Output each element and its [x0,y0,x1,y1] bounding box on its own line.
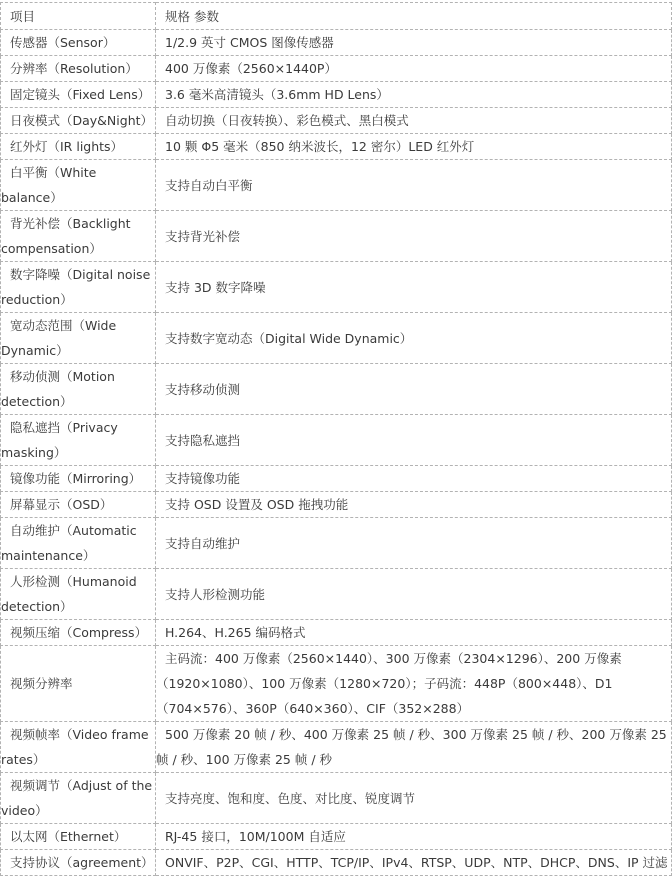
table-row: 分辨率（Resolution） 400 万像素（2560×1440P） [1,56,672,82]
spec-cell: 支持背光补偿 [156,211,672,262]
spec-cell: 支持移动侦测 [156,364,672,415]
table-row: 支持协议（agreement） ONVIF、P2P、CGI、HTTP、TCP/I… [1,850,672,876]
table-row: 人形检测（Humanoid detection） 支持人形检测功能 [1,569,672,620]
table-row: 数字降噪（Digital noise reduction） 支持 3D 数字降噪 [1,262,672,313]
item-cell: 传感器（Sensor） [1,30,156,56]
item-cell: 红外灯（IR lights） [1,134,156,160]
item-cell: 屏幕显示（OSD） [1,492,156,518]
item-cell: 以太网（Ethernet） [1,824,156,850]
item-cell: 镜像功能（Mirroring） [1,466,156,492]
spec-cell: 自动切换（日夜转换）、彩色模式、黑白模式 [156,108,672,134]
item-cell: 视频调节（Adjust of the video） [1,773,156,824]
spec-cell: 支持自动维护 [156,518,672,569]
spec-cell: H.264、H.265 编码格式 [156,620,672,646]
table-row: 隐私遮挡（Privacy masking） 支持隐私遮挡 [1,415,672,466]
table-row: 宽动态范围（Wide Dynamic） 支持数字宽动态（Digital Wide… [1,313,672,364]
spec-cell: 支持镜像功能 [156,466,672,492]
table-row: 传感器（Sensor） 1/2.9 英寸 CMOS 图像传感器 [1,30,672,56]
table-row: 自动维护（Automatic maintenance） 支持自动维护 [1,518,672,569]
table-row: 视频分辨率 主码流：400 万像素（2560×1440）、300 万像素（230… [1,646,672,722]
spec-cell: 1/2.9 英寸 CMOS 图像传感器 [156,30,672,56]
item-cell: 数字降噪（Digital noise reduction） [1,262,156,313]
table-row: 日夜模式（Day&Night） 自动切换（日夜转换）、彩色模式、黑白模式 [1,108,672,134]
spec-cell: 500 万像素 20 帧 / 秒、400 万像素 25 帧 / 秒、300 万像… [156,722,672,773]
spec-cell: 支持 OSD 设置及 OSD 拖拽功能 [156,492,672,518]
column-header-spec: 规格 参数 [156,3,672,30]
table-row: 视频调节（Adjust of the video） 支持亮度、饱和度、色度、对比… [1,773,672,824]
item-cell: 人形检测（Humanoid detection） [1,569,156,620]
spec-cell: 支持自动白平衡 [156,160,672,211]
item-cell: 移动侦测（Motion detection） [1,364,156,415]
spec-cell: 支持 3D 数字降噪 [156,262,672,313]
spec-cell: 主码流：400 万像素（2560×1440）、300 万像素（2304×1296… [156,646,672,722]
table-row: 红外灯（IR lights） 10 颗 Φ5 毫米（850 纳米波长，12 密尔… [1,134,672,160]
item-cell: 隐私遮挡（Privacy masking） [1,415,156,466]
item-cell: 支持协议（agreement） [1,850,156,876]
spec-cell: 3.6 毫米高清镜头（3.6mm HD Lens） [156,82,672,108]
item-cell: 宽动态范围（Wide Dynamic） [1,313,156,364]
item-cell: 分辨率（Resolution） [1,56,156,82]
spec-sheet: 项目 规格 参数 传感器（Sensor） 1/2.9 英寸 CMOS 图像传感器… [0,0,672,876]
spec-cell: ONVIF、P2P、CGI、HTTP、TCP/IP、IPv4、RTSP、UDP、… [156,850,672,876]
table-row: 视频帧率（Video frame rates） 500 万像素 20 帧 / 秒… [1,722,672,773]
table-row: 屏幕显示（OSD） 支持 OSD 设置及 OSD 拖拽功能 [1,492,672,518]
item-cell: 自动维护（Automatic maintenance） [1,518,156,569]
item-cell: 白平衡（White balance） [1,160,156,211]
spec-cell: 400 万像素（2560×1440P） [156,56,672,82]
spec-table: 项目 规格 参数 传感器（Sensor） 1/2.9 英寸 CMOS 图像传感器… [0,2,672,876]
column-header-item: 项目 [1,3,156,30]
item-cell: 固定镜头（Fixed Lens） [1,82,156,108]
item-cell: 视频压缩（Compress） [1,620,156,646]
table-row: 固定镜头（Fixed Lens） 3.6 毫米高清镜头（3.6mm HD Len… [1,82,672,108]
spec-cell: 支持数字宽动态（Digital Wide Dynamic） [156,313,672,364]
item-cell: 背光补偿（Backlight compensation） [1,211,156,262]
spec-cell: 支持亮度、饱和度、色度、对比度、锐度调节 [156,773,672,824]
table-row: 背光补偿（Backlight compensation） 支持背光补偿 [1,211,672,262]
spec-cell: RJ-45 接口，10M/100M 自适应 [156,824,672,850]
table-row: 以太网（Ethernet） RJ-45 接口，10M/100M 自适应 [1,824,672,850]
table-header-row: 项目 规格 参数 [1,3,672,30]
spec-cell: 10 颗 Φ5 毫米（850 纳米波长，12 密尔）LED 红外灯 [156,134,672,160]
item-cell: 日夜模式（Day&Night） [1,108,156,134]
table-row: 白平衡（White balance） 支持自动白平衡 [1,160,672,211]
table-row: 镜像功能（Mirroring） 支持镜像功能 [1,466,672,492]
spec-cell: 支持人形检测功能 [156,569,672,620]
item-cell: 视频分辨率 [1,646,156,722]
table-row: 视频压缩（Compress） H.264、H.265 编码格式 [1,620,672,646]
item-cell: 视频帧率（Video frame rates） [1,722,156,773]
spec-cell: 支持隐私遮挡 [156,415,672,466]
table-row: 移动侦测（Motion detection） 支持移动侦测 [1,364,672,415]
